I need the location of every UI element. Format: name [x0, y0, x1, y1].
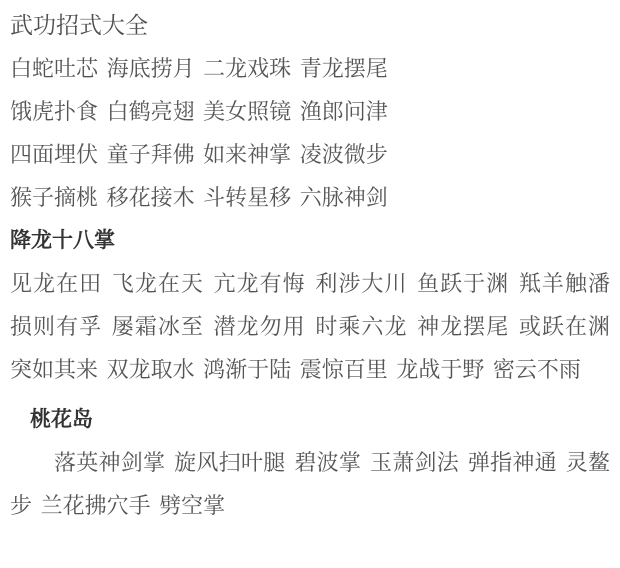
- section-heading-xianglong-shibazhang: 降龙十八掌: [10, 219, 610, 262]
- section-heading-taohuadao: 桃花岛: [10, 398, 610, 441]
- document-page: { "doc": { "title": "武功招式大全", "general":…: [0, 0, 620, 568]
- move-paragraph-taohuadao: 落英神剑掌 旋风扫叶腿 碧波掌 玉萧剑法 弹指神通 灵鳌步 兰花拂穴手 劈空掌: [10, 441, 610, 527]
- move-line: 猴子摘桃 移花接木 斗转星移 六脉神剑: [10, 176, 610, 219]
- page-title: 武功招式大全: [10, 4, 610, 47]
- move-line: 四面埋伏 童子拜佛 如来神掌 凌波微步: [10, 133, 610, 176]
- martial-arts-document: 武功招式大全 白蛇吐芯 海底捞月 二龙戏珠 青龙摆尾 饿虎扑食 白鹤亮翅 美女照…: [0, 0, 620, 527]
- move-paragraph-xianglong: 见龙在田 飞龙在天 亢龙有悔 利涉大川 鱼跃于渊 羝羊触潘 损则有孚 屡霜冰至 …: [10, 262, 610, 391]
- move-line: 饿虎扑食 白鹤亮翅 美女照镜 渔郎问津: [10, 90, 610, 133]
- move-line: 白蛇吐芯 海底捞月 二龙戏珠 青龙摆尾: [10, 47, 610, 90]
